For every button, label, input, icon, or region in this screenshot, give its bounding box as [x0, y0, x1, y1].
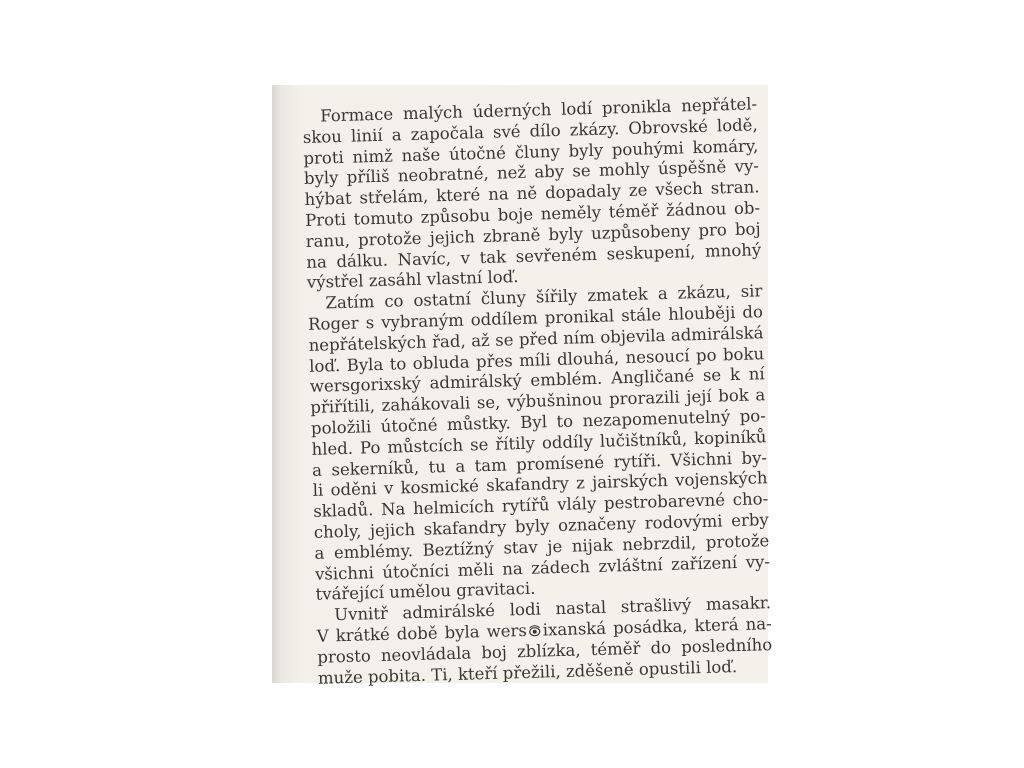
page-text: Formace malých úderných lodí pronikla ne… — [302, 94, 773, 689]
library-stamp-icon — [528, 624, 542, 636]
paragraph-2: Zatím co ostatní čluny šířily zmatek a z… — [307, 281, 771, 606]
book-page: Formace malých úderných lodí pronikla ne… — [272, 85, 768, 683]
paragraph-3: Uvnitř admirálské lodi nastal strašlivý … — [316, 593, 773, 689]
paragraph-1: Formace malých úderných lodí pronikla ne… — [302, 94, 762, 294]
